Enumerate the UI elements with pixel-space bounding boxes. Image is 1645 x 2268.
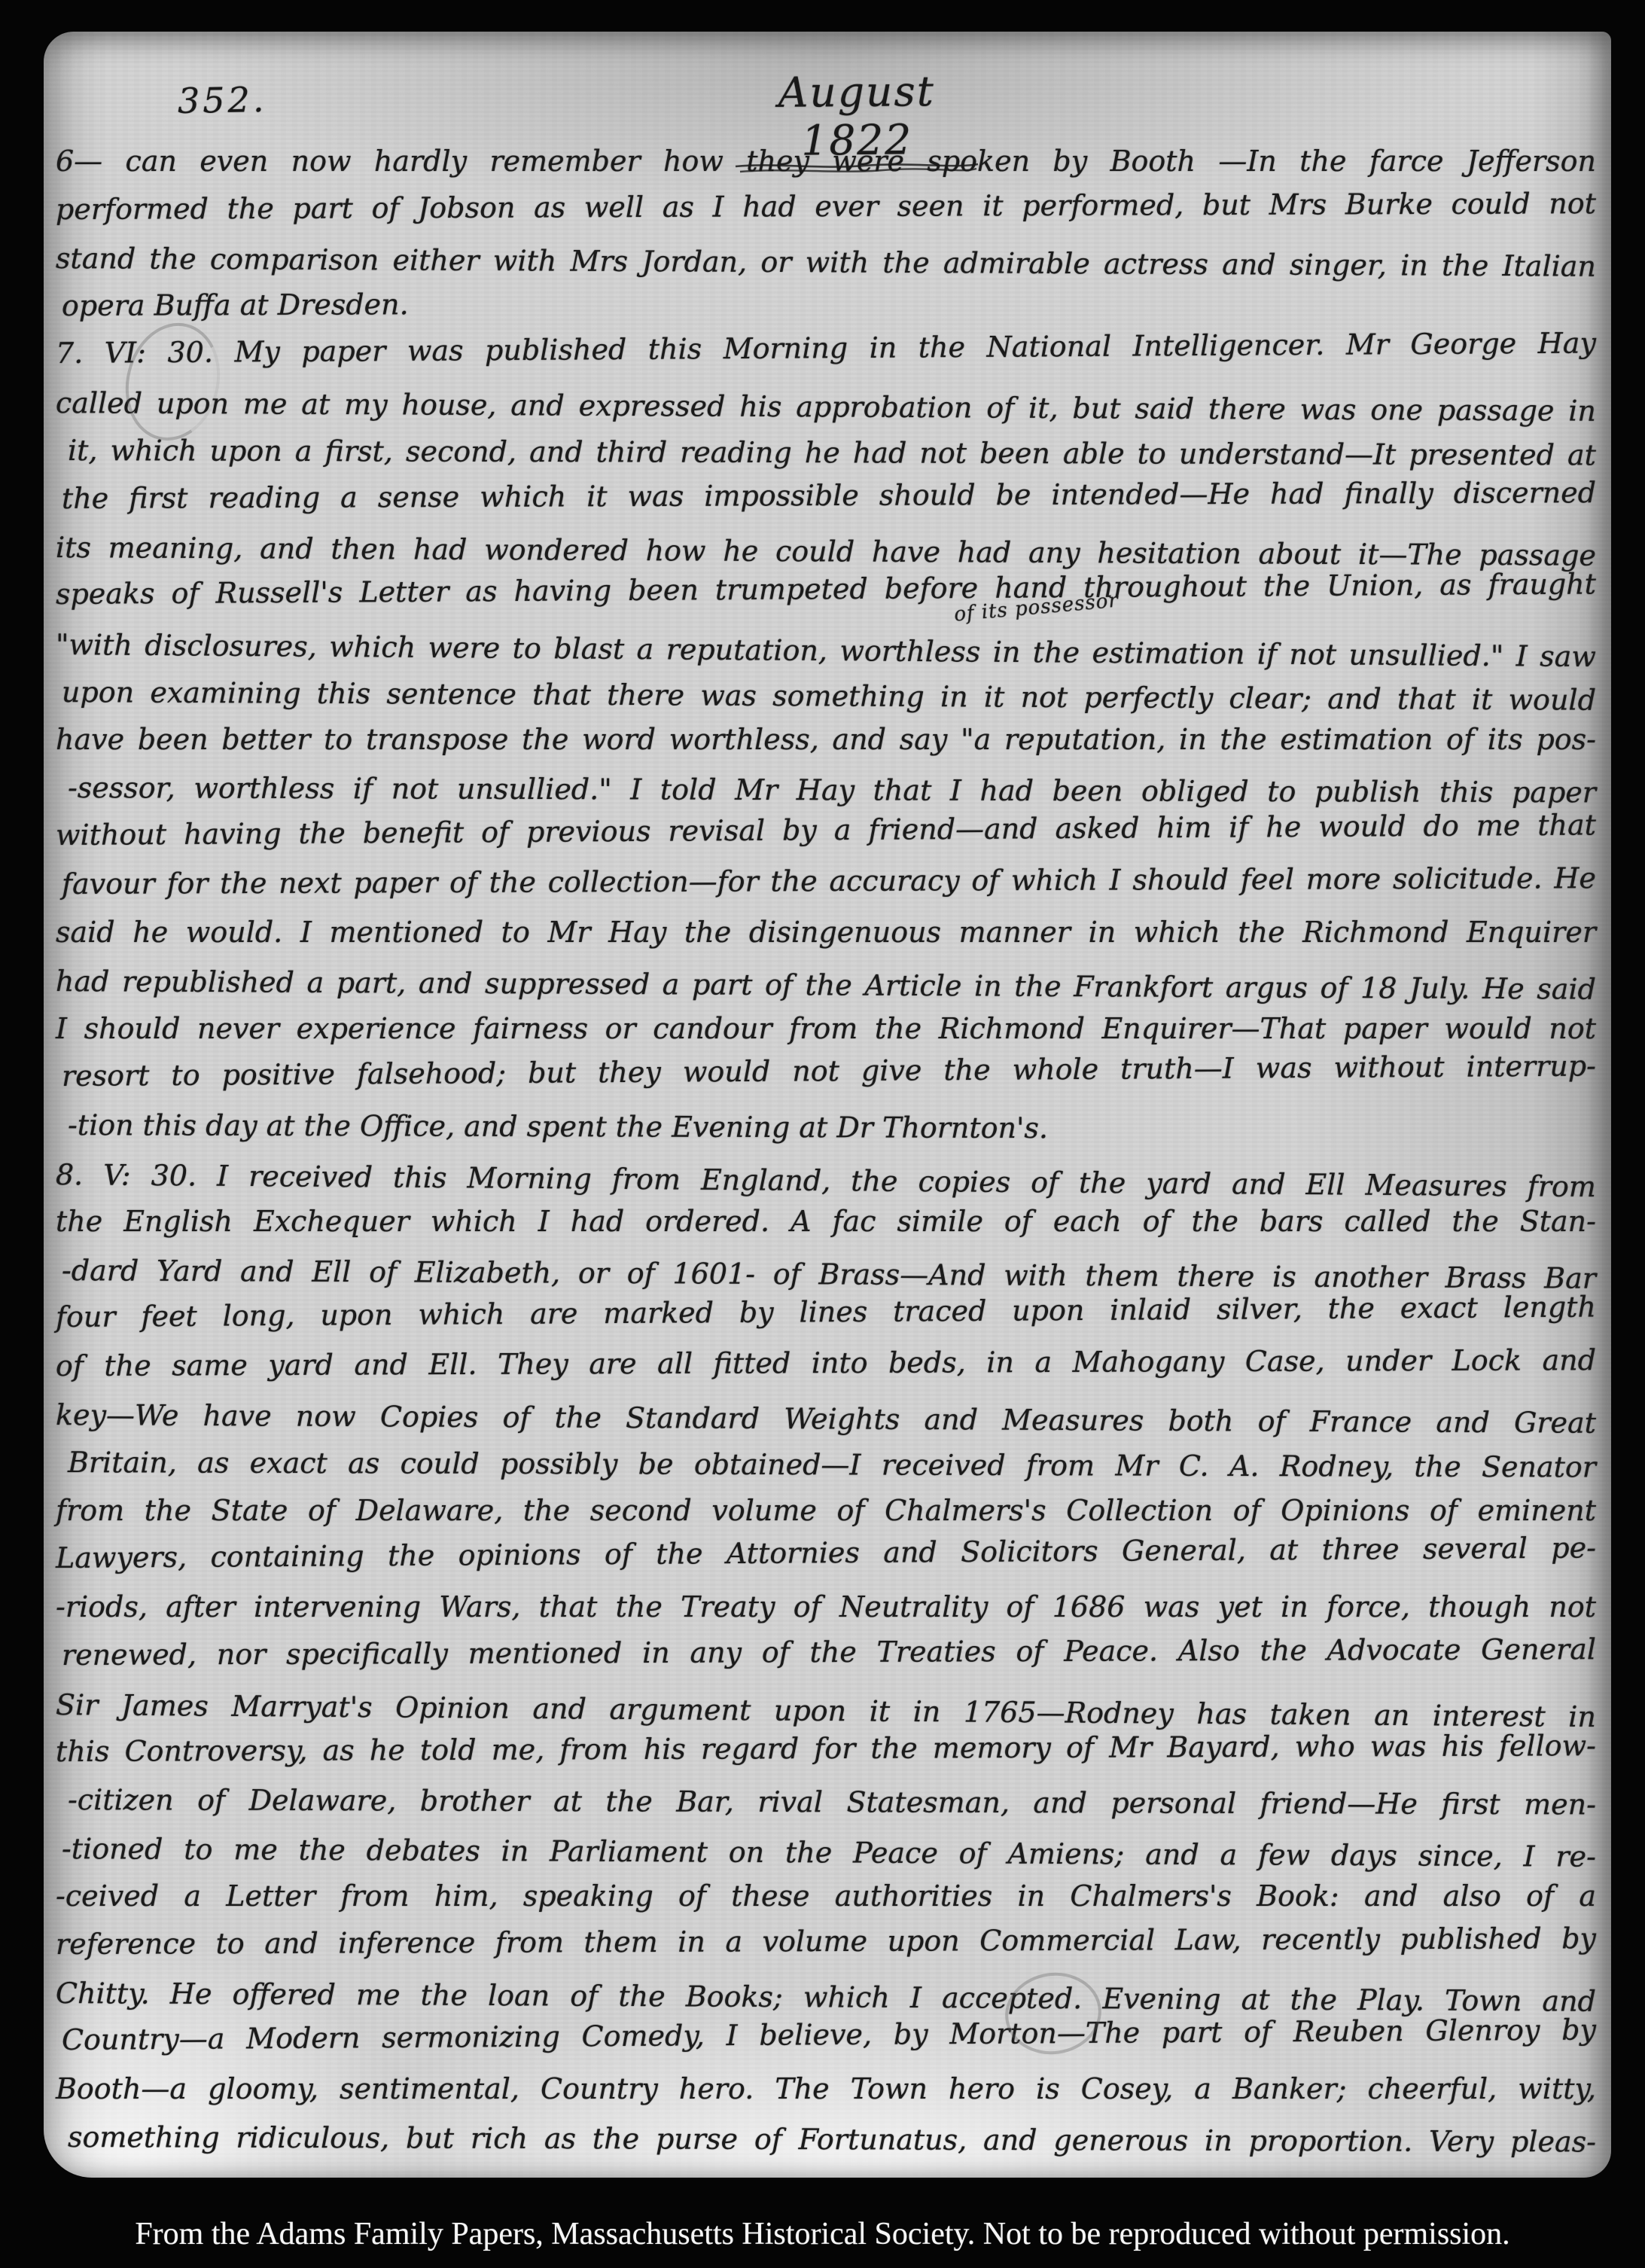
archive-caption: From the Adams Family Papers, Massachuse… xyxy=(0,2215,1645,2253)
manuscript-line: performed the part of Jobson as well as … xyxy=(56,179,1596,233)
manuscript-line: Britain, as exact as could possibly be o… xyxy=(56,1438,1596,1491)
manuscript-line: favour for the next paper of the collect… xyxy=(56,854,1596,908)
manuscript-line: 7. VI: 30. My paper was published this M… xyxy=(56,319,1596,377)
scan-background: { "page": { "number": "352.", "header": … xyxy=(0,0,1645,2268)
manuscript-line: the first reading a sense which it was i… xyxy=(56,468,1596,523)
manuscript-line: reference to and inference from them in … xyxy=(56,1914,1596,1968)
manuscript-line: without having the benefit of previous r… xyxy=(56,800,1596,859)
manuscript-line: -citizen of Delaware, brother at the Bar… xyxy=(56,1776,1596,1828)
manuscript-line: Country—a Modern sermonizing Comedy, I b… xyxy=(56,2005,1596,2064)
manuscript-line: Booth—a gloomy, sentimental, Country her… xyxy=(56,2065,1596,2113)
page-number: 352. xyxy=(178,79,267,121)
manuscript-line: resort to positive falsehood; but they w… xyxy=(56,1041,1596,1100)
scan-frame: 352. August 1822 6— can even now hardly … xyxy=(0,0,1645,2268)
manuscript-line: Lawyers, containing the opinions of the … xyxy=(56,1523,1596,1582)
manuscript-line: renewed, nor specifically mentioned in a… xyxy=(56,1625,1596,1679)
manuscript-line: this Controversy, as he told me, from hi… xyxy=(56,1721,1596,1776)
manuscript-line: said he would. I mentioned to Mr Hay the… xyxy=(56,908,1596,956)
manuscript-line: something ridiculous, but rich as the pu… xyxy=(56,2113,1596,2166)
manuscript-line: -riods, after intervening Wars, that the… xyxy=(56,1583,1596,1631)
manuscript-line: -tion this day at the Office, and spent … xyxy=(56,1101,1596,1154)
manuscript-line: speaks of Russell's Letter as having bee… xyxy=(56,559,1596,618)
manuscript-line: had republished a part, and suppressed a… xyxy=(56,957,1596,1014)
diary-text: 6— can even now hardly remember how they… xyxy=(56,137,1596,2161)
manuscript-line: upon examining this sentence that there … xyxy=(56,668,1596,724)
manuscript-line: four feet long, upon which are marked by… xyxy=(56,1282,1596,1341)
manuscript-line: 6— can even now hardly remember how they… xyxy=(56,137,1596,185)
manuscript-line: -tioned to me the debates in Parliament … xyxy=(56,1824,1596,1881)
manuscript-page: 352. August 1822 6— can even now hardly … xyxy=(44,32,1611,2178)
manuscript-line: of the same yard and Ell. They are all f… xyxy=(56,1336,1596,1390)
